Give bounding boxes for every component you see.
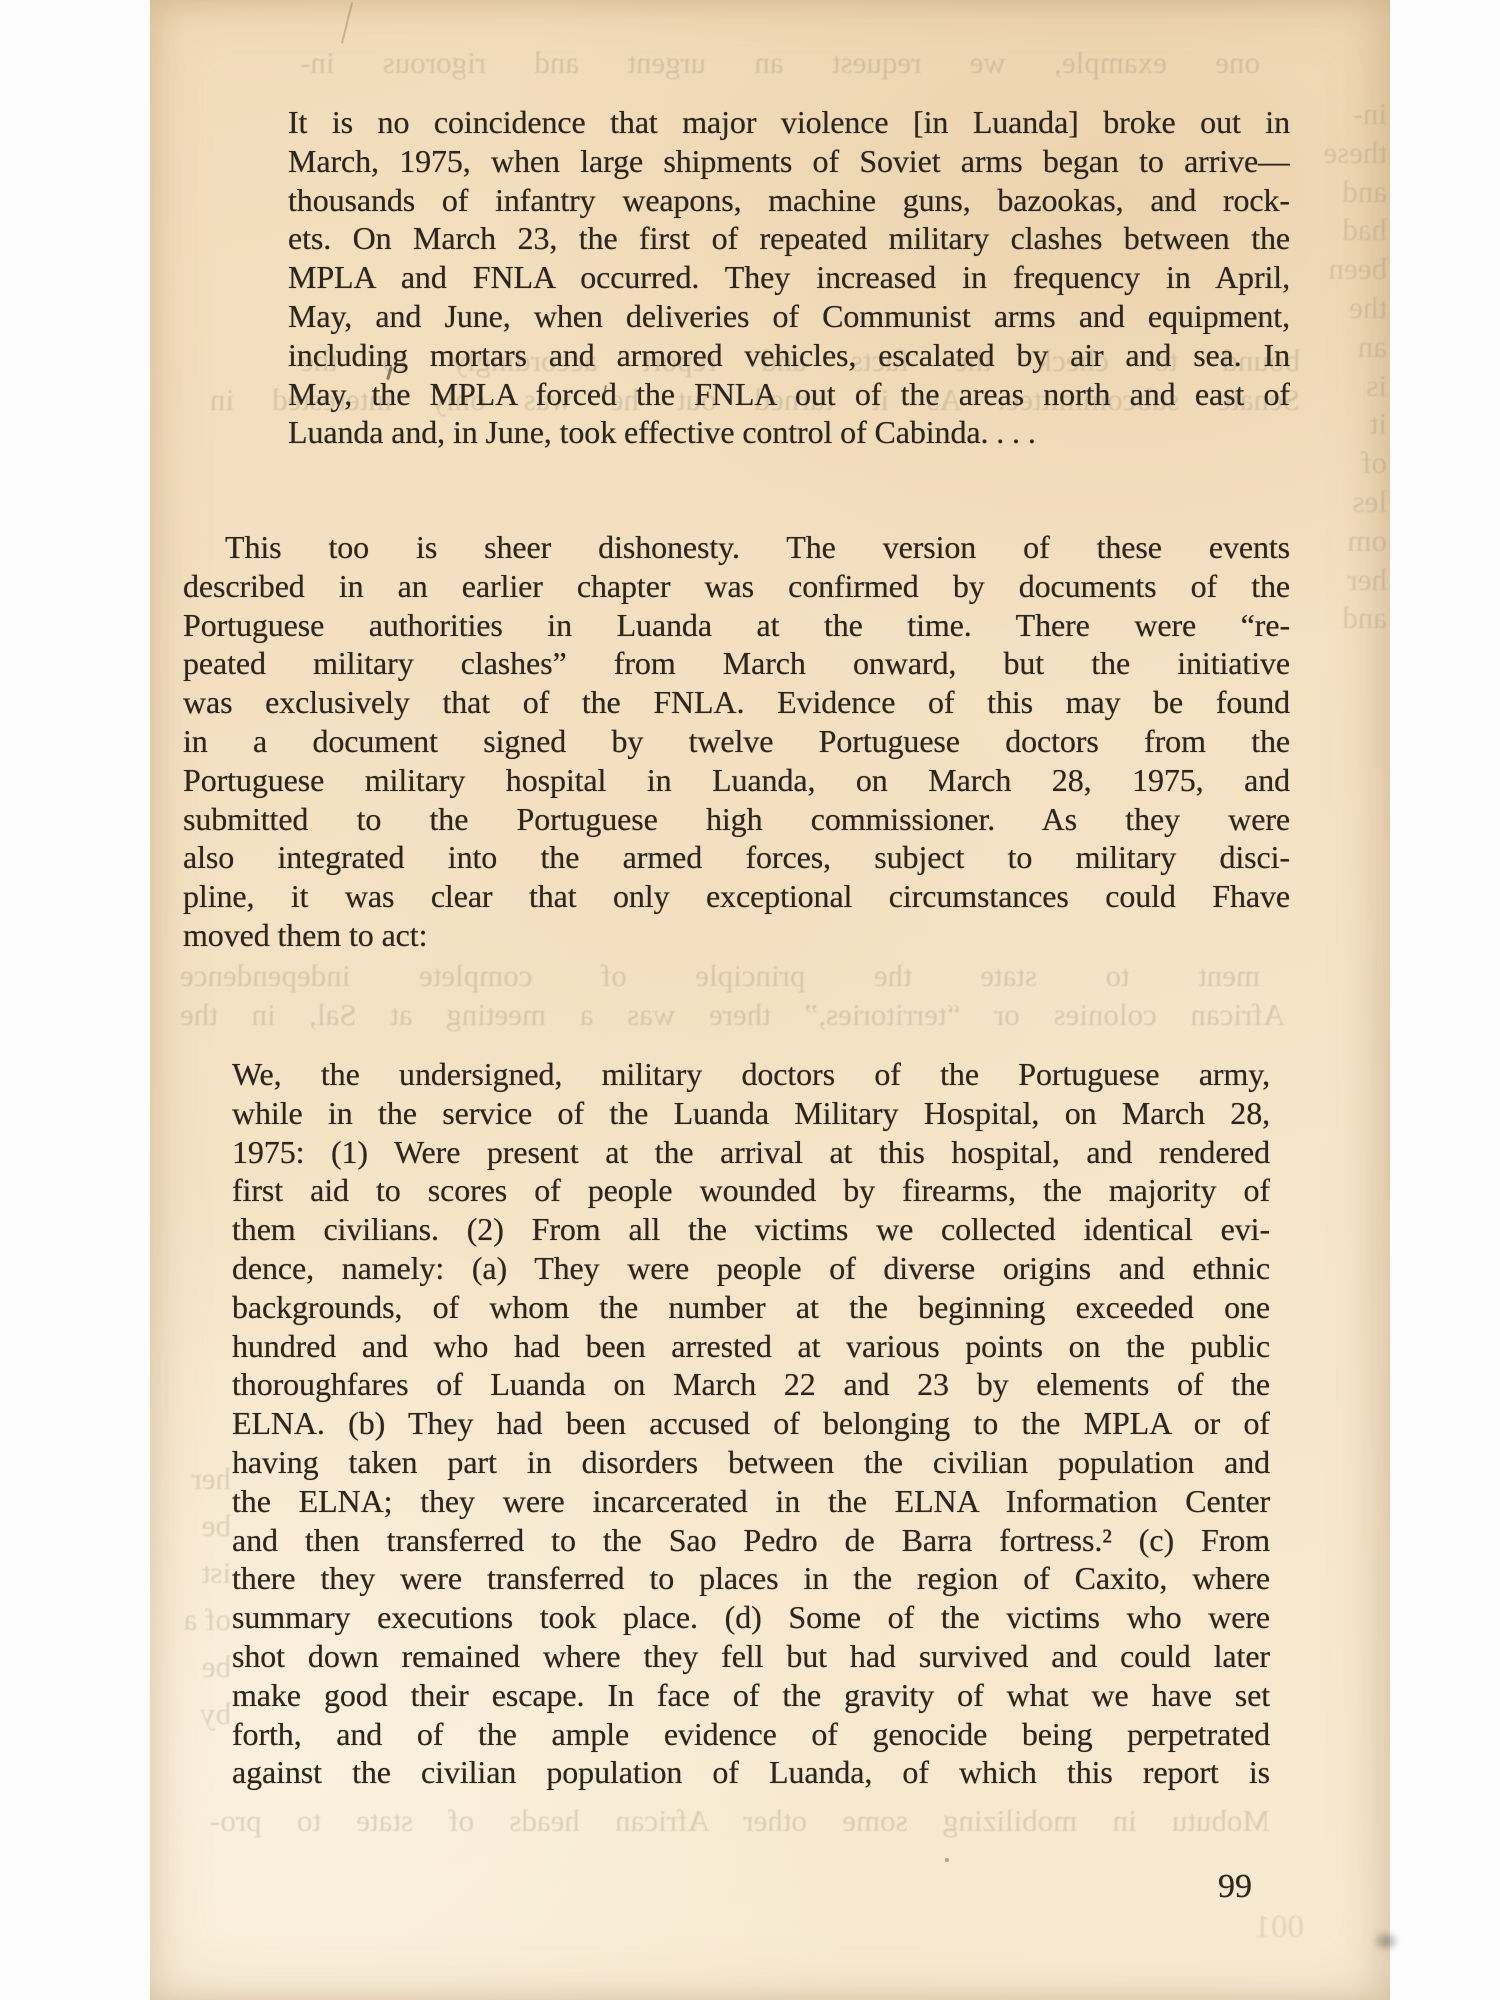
text-line: them civilians. (2) From all the victims… xyxy=(232,1210,1270,1249)
text-line: summary executions took place. (d) Some … xyxy=(232,1598,1270,1637)
bleed-through-fragment: be xyxy=(156,1502,231,1549)
bleed-through-fragment: les xyxy=(1292,483,1387,522)
text-line: described in an earlier chapter was conf… xyxy=(183,567,1290,606)
text-line: It is no coincidence that major violence… xyxy=(288,103,1290,142)
body-paragraph: This too is sheer dishonesty. The versio… xyxy=(183,528,1290,955)
text-line: shot down remained where they fell but h… xyxy=(232,1637,1270,1676)
book-page: one example, we request an urgent and ri… xyxy=(150,0,1390,2000)
bleed-through-line: ment to state the principle of complete … xyxy=(180,957,1260,996)
bleed-through-fragment: these xyxy=(1292,134,1387,173)
bleed-through-fragment: her xyxy=(156,1455,231,1502)
text-line: This too is sheer dishonesty. The versio… xyxy=(183,528,1290,567)
text-line: pline, it was clear that only exceptiona… xyxy=(183,877,1290,916)
bleed-through-line: African colonies or “territories,” there… xyxy=(180,996,1285,1035)
scan-artifact-smudge xyxy=(1372,1930,1400,1952)
bleed-through-fragment: the xyxy=(1292,289,1387,328)
text-line: forth, and of the ample evidence of geno… xyxy=(232,1715,1270,1754)
text-line: May, and June, when deliveries of Commun… xyxy=(288,297,1290,336)
bleed-through-fragment: is xyxy=(1292,367,1387,406)
bleed-through-right-margin: in-theseandhadbeentheanisitoflesomherand xyxy=(1292,95,1387,638)
text-line: submitted to the Portuguese high commiss… xyxy=(183,800,1290,839)
text-line: 1975: (1) Were present at the arrival at… xyxy=(232,1133,1270,1172)
text-line: backgrounds, of whom the number at the b… xyxy=(232,1288,1270,1327)
text-line: Portuguese authorities in Luanda at the … xyxy=(183,606,1290,645)
text-line: and then transferred to the Sao Pedro de… xyxy=(232,1521,1270,1560)
text-line: the ELNA; they were incarcerated in the … xyxy=(232,1482,1270,1521)
scan-artifact-speck xyxy=(945,1858,949,1862)
bleed-through-line: one example, we request an urgent and ri… xyxy=(300,44,1260,83)
text-line: in a document signed by twelve Portugues… xyxy=(183,722,1290,761)
text-line: May, the MPLA forced the FNLA out of the… xyxy=(288,375,1290,414)
blockquote-doctors-report: We, the undersigned, military doctors of… xyxy=(232,1055,1270,1792)
bleed-through-fragment: om xyxy=(1292,522,1387,561)
text-line: make good their escape. In face of the g… xyxy=(232,1676,1270,1715)
bleed-through-fragment: be xyxy=(156,1643,231,1690)
text-line: thousands of infantry weapons, machine g… xyxy=(288,181,1290,220)
page-number: 99 xyxy=(1218,1868,1288,1906)
bleed-through-fragment: by xyxy=(156,1690,231,1737)
text-line: hundred and who had been arrested at var… xyxy=(232,1327,1270,1366)
text-line: MPLA and FNLA occurred. They increased i… xyxy=(288,258,1290,297)
text-line: Portuguese military hospital in Luanda, … xyxy=(183,761,1290,800)
text-line: while in the service of the Luanda Milit… xyxy=(232,1094,1270,1133)
text-line: moved them to act: xyxy=(183,916,1290,955)
bleed-through-fragment: of xyxy=(1292,444,1387,483)
bleed-through-fragment: it xyxy=(1292,405,1387,444)
bleed-through-fragment: and xyxy=(1292,173,1387,212)
text-line: ELNA. (b) They had been accused of belon… xyxy=(232,1404,1270,1443)
bleed-through-line: Mobutu in mobilizing some other African … xyxy=(210,1802,1270,1841)
text-line: first aid to scores of people wounded by… xyxy=(232,1171,1270,1210)
bleed-through-fragment: an xyxy=(1292,328,1387,367)
text-line: March, 1975, when large shipments of Sov… xyxy=(288,142,1290,181)
text-line: dence, namely: (a) They were people of d… xyxy=(232,1249,1270,1288)
bleed-through-fragment: ist xyxy=(156,1549,231,1596)
scan-artifact-scratch xyxy=(341,2,353,43)
text-line: peated military clashes” from March onwa… xyxy=(183,644,1290,683)
bleed-through-fragment: her xyxy=(1292,561,1387,600)
blockquote-soviet-arms: It is no coincidence that major violence… xyxy=(288,103,1290,452)
bleed-through-fragment: had xyxy=(1292,211,1387,250)
bleed-through-fragment: been xyxy=(1292,250,1387,289)
text-line: including mortars and armored vehicles, … xyxy=(288,336,1290,375)
scanned-page-background: one example, we request an urgent and ri… xyxy=(0,0,1500,2000)
bleed-through-left-margin: herbeistof abeby xyxy=(156,1455,231,1737)
bleed-through-fragment: in- xyxy=(1292,95,1387,134)
bleed-through-fragment: and xyxy=(1292,599,1387,638)
text-line: having taken part in disorders between t… xyxy=(232,1443,1270,1482)
ghost-page-number: 001 xyxy=(1224,1908,1304,1947)
text-line: ets. On March 23, the first of repeated … xyxy=(288,219,1290,258)
text-line: there they were transferred to places in… xyxy=(232,1559,1270,1598)
text-line: was exclusively that of the FNLA. Eviden… xyxy=(183,683,1290,722)
text-line: also integrated into the armed forces, s… xyxy=(183,838,1290,877)
text-line: We, the undersigned, military doctors of… xyxy=(232,1055,1270,1094)
text-line: against the civilian population of Luand… xyxy=(232,1753,1270,1792)
text-line: Luanda and, in June, took effective cont… xyxy=(288,413,1290,452)
text-line: thoroughfares of Luanda on March 22 and … xyxy=(232,1365,1270,1404)
bleed-through-fragment: of a xyxy=(156,1596,231,1643)
